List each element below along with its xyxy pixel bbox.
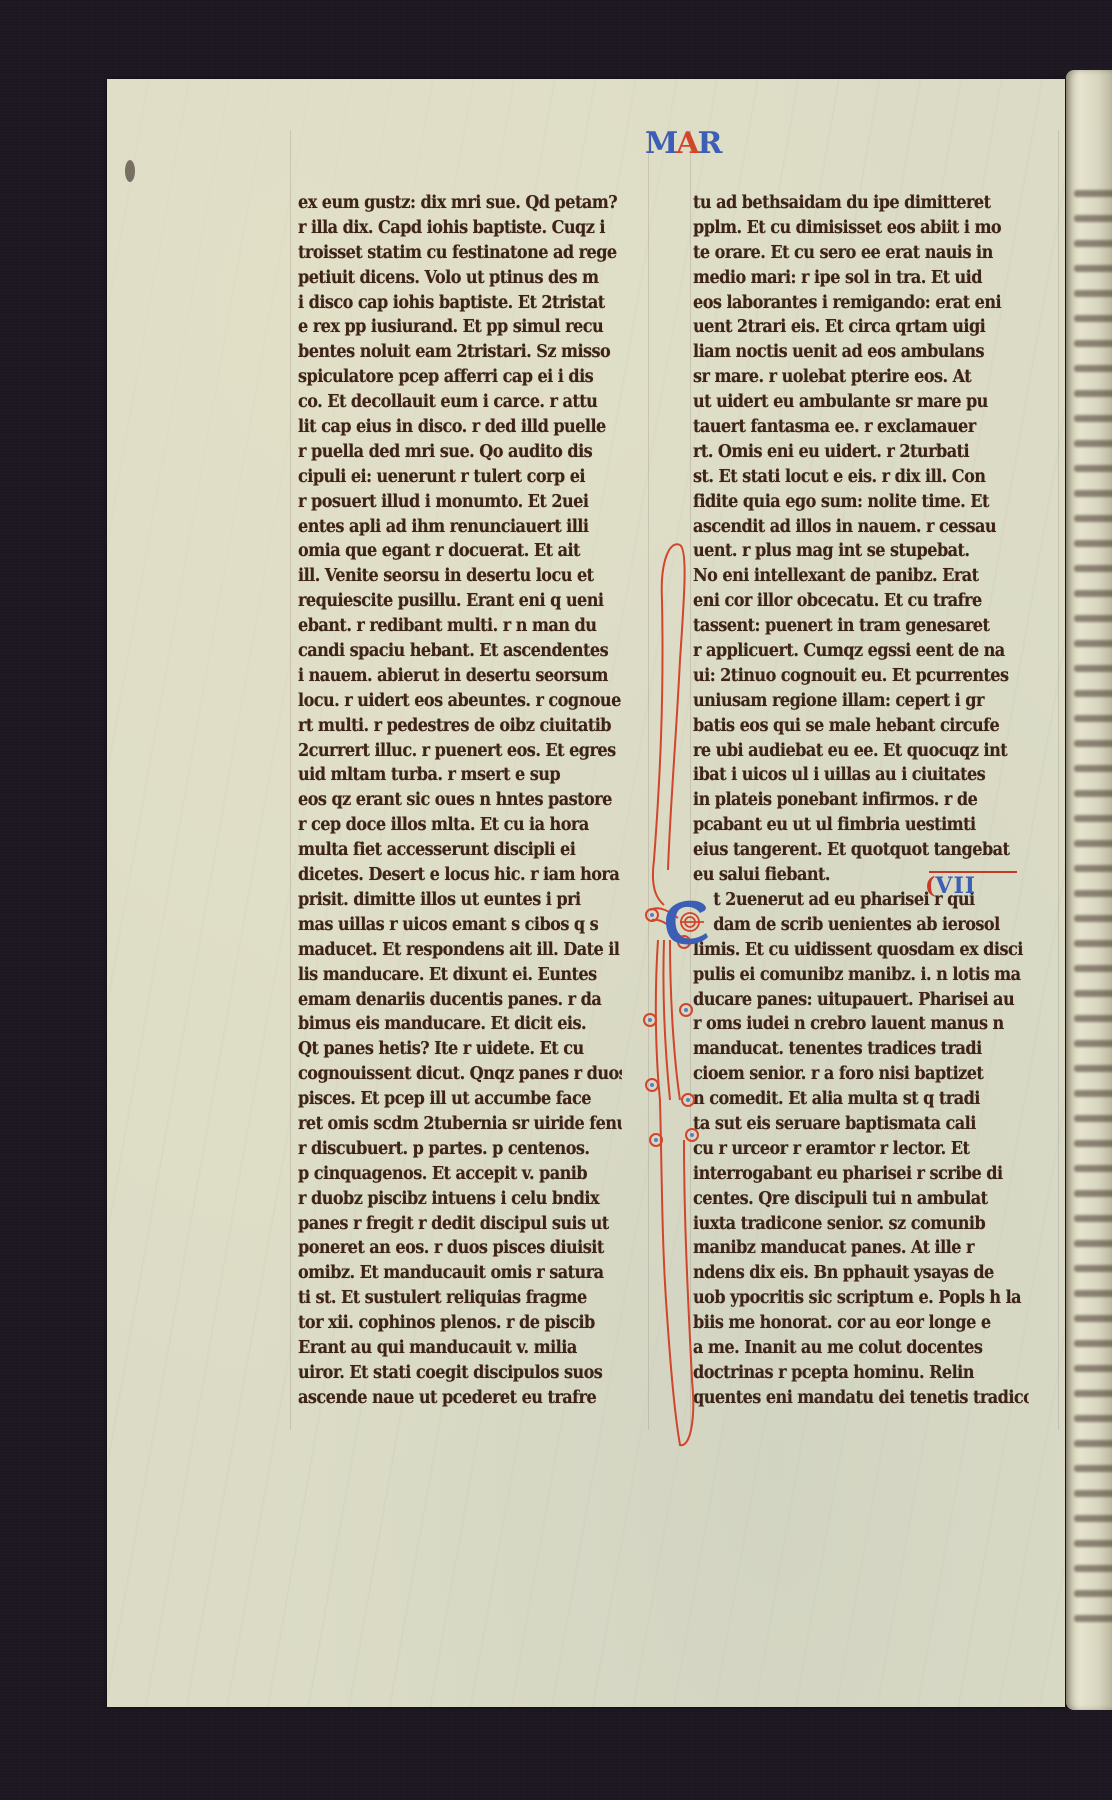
- manuscript-line: entes apli ad ihm renunciauert illi: [298, 515, 622, 540]
- manuscript-line: co. Et decollauit eum i carce. r attu: [298, 390, 622, 415]
- manuscript-line: emam denariis ducentis panes. r da: [298, 988, 622, 1013]
- adjacent-leaf-line: [1074, 665, 1112, 672]
- ruling-line: [1058, 130, 1059, 1430]
- adjacent-leaf-line: [1074, 315, 1112, 322]
- manuscript-line: cognouissent dicut. Qnqz panes r duos: [298, 1062, 622, 1087]
- adjacent-leaf-line: [1074, 1590, 1112, 1597]
- adjacent-leaf-line: [1074, 1515, 1112, 1522]
- adjacent-leaf-line: [1074, 1615, 1112, 1622]
- adjacent-leaf-line: [1074, 1165, 1112, 1172]
- manuscript-line: manibz manducat panes. At ille r: [693, 1236, 1029, 1261]
- adjacent-leaf-line: [1074, 1090, 1112, 1097]
- manuscript-line: t 2uenerut ad eu pharisei r qui: [693, 888, 1029, 913]
- manuscript-line: quentes eni mandatu dei tenetis tradicom: [693, 1386, 1029, 1411]
- manuscript-line: r oms iudei n crebro lauent manus n: [693, 1012, 1029, 1037]
- manuscript-line: pplm. Et cu dimisisset eos abiit i mo: [693, 216, 1029, 241]
- manuscript-line: ex eum gustz: dix mri sue. Qd petam?: [298, 191, 622, 216]
- manuscript-line: st. Et stati locut e eis. r dix ill. Con: [693, 465, 1029, 490]
- adjacent-leaf-line: [1074, 565, 1112, 572]
- manuscript-line: ta sut eis seruare baptismata cali: [693, 1112, 1029, 1137]
- manuscript-line: i nauem. abierut in desertu seorsum: [298, 664, 622, 689]
- manuscript-line: ascende naue ut pcederet eu trafre: [298, 1386, 622, 1411]
- manuscript-line: petiuit dicens. Volo ut ptinus des m: [298, 266, 622, 291]
- adjacent-leaf-line: [1074, 840, 1112, 847]
- manuscript-line: r discubuert. p partes. p centenos.: [298, 1137, 622, 1162]
- manuscript-line: 2currert illuc. r puenert eos. Et egres: [298, 739, 622, 764]
- manuscript-line: poneret an eos. r duos pisces diuisit: [298, 1236, 622, 1261]
- adjacent-leaf-line: [1074, 640, 1112, 647]
- adjacent-leaf-line: [1074, 290, 1112, 297]
- adjacent-leaf-line: [1074, 390, 1112, 397]
- manuscript-line: rt. Omis eni eu uidert. r 2turbati: [693, 440, 1029, 465]
- adjacent-leaf-line: [1074, 1465, 1112, 1472]
- manuscript-line: centes. Qre discipuli tui n ambulat: [693, 1187, 1029, 1212]
- manuscript-line: uid mltam turba. r msert e sup: [298, 763, 622, 788]
- manuscript-line: Erant au qui manducauit v. milia: [298, 1336, 622, 1361]
- manuscript-line: ebant. r redibant multi. r n man du: [298, 614, 622, 639]
- manuscript-line: bimus eis manducare. Et dicit eis.: [298, 1012, 622, 1037]
- manuscript-line: bentes noluit eam 2tristari. Sz misso: [298, 340, 622, 365]
- manuscript-line: ndens dix eis. Bn pphauit ysayas de: [693, 1261, 1029, 1286]
- parchment-stain: [125, 160, 135, 182]
- adjacent-leaf-line: [1074, 690, 1112, 697]
- adjacent-leaf-edge: [1066, 70, 1112, 1710]
- manuscript-line: ibat i uicos ul i uillas au i ciuitates: [693, 763, 1029, 788]
- adjacent-leaf-line: [1074, 890, 1112, 897]
- adjacent-leaf-line: [1074, 340, 1112, 347]
- manuscript-line: fidite quia ego sum: nolite time. Et: [693, 490, 1029, 515]
- manuscript-line: uent 2trari eis. Et circa qrtam uigi: [693, 315, 1029, 340]
- manuscript-line: p cinquagenos. Et accepit v. panib: [298, 1162, 622, 1187]
- adjacent-leaf-line: [1074, 240, 1112, 247]
- adjacent-leaf-line: [1074, 1390, 1112, 1397]
- manuscript-line: uob ypocritis sic scriptum e. Popls h la: [693, 1286, 1029, 1311]
- manuscript-line: ill. Venite seorsu in desertu locu et: [298, 564, 622, 589]
- manuscript-line: uniusam regione illam: cepert i gr: [693, 689, 1029, 714]
- adjacent-leaf-line: [1074, 465, 1112, 472]
- manuscript-line: troisset statim cu festinatone ad rege: [298, 241, 622, 266]
- manuscript-line: medio mari: r ipe sol in tra. Et uid: [693, 266, 1029, 291]
- manuscript-line: lit cap eius in disco. r ded illd puelle: [298, 415, 622, 440]
- adjacent-leaf-line: [1074, 1040, 1112, 1047]
- decorated-initial-e: [660, 895, 712, 947]
- manuscript-line: ascendit ad illos in nauem. r cessau: [693, 515, 1029, 540]
- adjacent-leaf-line: [1074, 965, 1112, 972]
- manuscript-line: prisit. dimitte illos ut euntes i pri: [298, 888, 622, 913]
- manuscript-line: te orare. Et cu sero ee erat nauis in: [693, 241, 1029, 266]
- manuscript-line: liam noctis uenit ad eos ambulans: [693, 340, 1029, 365]
- adjacent-leaf-line: [1074, 1365, 1112, 1372]
- adjacent-leaf-line: [1074, 1015, 1112, 1022]
- manuscript-line: ui: 2tinuo cognouit eu. Et pcurrentes: [693, 664, 1029, 689]
- manuscript-line: r duobz piscibz intuens i celu bndix: [298, 1187, 622, 1212]
- chapter-number: VII: [935, 873, 976, 899]
- adjacent-leaf-line: [1074, 415, 1112, 422]
- running-title-letter: R: [698, 126, 721, 161]
- manuscript-line: limis. Et cu uidissent quosdam ex disci: [693, 938, 1029, 963]
- manuscript-line: a me. Inanit au me colut docentes: [693, 1336, 1029, 1361]
- manuscript-line: tu ad bethsaidam du ipe dimitteret: [693, 191, 1029, 216]
- adjacent-leaf-line: [1074, 1115, 1112, 1122]
- adjacent-leaf-line: [1074, 540, 1112, 547]
- adjacent-leaf-line: [1074, 615, 1112, 622]
- manuscript-line: pcabant eu ut ul fimbria uestimti: [693, 813, 1029, 838]
- adjacent-leaf-line: [1074, 1240, 1112, 1247]
- adjacent-leaf-line: [1074, 1415, 1112, 1422]
- adjacent-leaf-line: [1074, 265, 1112, 272]
- adjacent-leaf-line: [1074, 865, 1112, 872]
- adjacent-leaf-line: [1074, 1340, 1112, 1347]
- manuscript-line: batis eos qui se male hebant circufe: [693, 714, 1029, 739]
- adjacent-leaf-line: [1074, 1290, 1112, 1297]
- manuscript-line: r applicuert. Cumqz egssi eent de na: [693, 639, 1029, 664]
- manuscript-line: eu salui fiebant.: [693, 863, 1029, 888]
- manuscript-line: uent. r plus mag int se stupebat.: [693, 539, 1029, 564]
- manuscript-line: interrogabant eu pharisei r scribe di: [693, 1162, 1029, 1187]
- manuscript-line: spiculatore pcep afferri cap ei i dis: [298, 365, 622, 390]
- manuscript-line: pisces. Et pcep ill ut accumbe face: [298, 1087, 622, 1112]
- adjacent-leaf-line: [1074, 740, 1112, 747]
- text-column-left: ex eum gustz: dix mri sue. Qd petam?r il…: [298, 191, 650, 1411]
- manuscript-line: cioem senior. r a foro nisi baptizet: [693, 1062, 1029, 1087]
- manuscript-line: locu. r uidert eos abeuntes. r cognoue: [298, 689, 622, 714]
- chapter-marker-bar: [929, 871, 1017, 873]
- adjacent-leaf-line: [1074, 715, 1112, 722]
- adjacent-leaf-line: [1074, 815, 1112, 822]
- manuscript-line: tor xii. cophinos plenos. r de piscib: [298, 1311, 622, 1336]
- manuscript-line: eni cor illor obcecatu. Et cu trafre: [693, 589, 1029, 614]
- manuscript-line: sr mare. r uolebat pterire eos. At: [693, 365, 1029, 390]
- adjacent-leaf-text: [1074, 190, 1112, 1640]
- manuscript-line: dam de scrib uenientes ab ierosol: [693, 913, 1029, 938]
- manuscript-line: No eni intellexant de panibz. Erat: [693, 564, 1029, 589]
- adjacent-leaf-line: [1074, 1215, 1112, 1222]
- manuscript-line: cipuli ei: uenerunt r tulert corp ei: [298, 465, 622, 490]
- adjacent-leaf-line: [1074, 915, 1112, 922]
- running-title-letter: M: [645, 126, 676, 161]
- chapter-marker-bracket: (: [925, 873, 935, 899]
- manuscript-line: eos qz erant sic oues n hntes pastore: [298, 788, 622, 813]
- adjacent-leaf-line: [1074, 515, 1112, 522]
- manuscript-line: candi spaciu hebant. Et ascendentes: [298, 639, 622, 664]
- ruling-line: [290, 130, 291, 1430]
- running-title: MAR: [645, 128, 720, 160]
- manuscript-line: iuxta tradicone senior. sz comunib: [693, 1212, 1029, 1237]
- manuscript-line: r puella ded mri sue. Qo audito dis: [298, 440, 622, 465]
- manuscript-line: doctrinas r pcepta hominu. Relin: [693, 1361, 1029, 1386]
- manuscript-line: re ubi audiebat eu ee. Et quocuqz int: [693, 739, 1029, 764]
- manuscript-line: manducat. tenentes tradices tradi: [693, 1037, 1029, 1062]
- manuscript-line: tassent: puenert in tram genesaret: [693, 614, 1029, 639]
- manuscript-line: n comedit. Et alia multa st q tradi: [693, 1087, 1029, 1112]
- adjacent-leaf-line: [1074, 1140, 1112, 1147]
- manuscript-line: r illa dix. Capd iohis baptiste. Cuqz i: [298, 216, 622, 241]
- adjacent-leaf-line: [1074, 1065, 1112, 1072]
- manuscript-line: requiescite pusillu. Erant eni q ueni: [298, 589, 622, 614]
- adjacent-leaf-line: [1074, 440, 1112, 447]
- manuscript-line: eius tangerent. Et quotquot tangebat: [693, 838, 1029, 863]
- manuscript-line: mas uillas r uicos emant s cibos q s: [298, 913, 622, 938]
- adjacent-leaf-line: [1074, 790, 1112, 797]
- adjacent-leaf-line: [1074, 1540, 1112, 1547]
- adjacent-leaf-line: [1074, 190, 1112, 197]
- adjacent-leaf-line: [1074, 1565, 1112, 1572]
- manuscript-line: e rex pp iusiurand. Et pp simul recu: [298, 315, 622, 340]
- adjacent-leaf-line: [1074, 765, 1112, 772]
- manuscript-line: ut uidert eu ambulante sr mare pu: [693, 390, 1029, 415]
- manuscript-line: dicetes. Desert e locus hic. r iam hora: [298, 863, 622, 888]
- adjacent-leaf-line: [1074, 1315, 1112, 1322]
- manuscript-line: omibz. Et manducauit omis r satura: [298, 1261, 622, 1286]
- adjacent-leaf-line: [1074, 1490, 1112, 1497]
- manuscript-line: eos laborantes i remigando: erat eni: [693, 291, 1029, 316]
- chapter-marker: (VII: [925, 873, 976, 899]
- adjacent-leaf-line: [1074, 490, 1112, 497]
- adjacent-leaf-line: [1074, 940, 1112, 947]
- manuscript-line: cu r urceor r eramtor r lector. Et: [693, 1137, 1029, 1162]
- manuscript-line: omia que egant r docuerat. Et ait: [298, 539, 622, 564]
- adjacent-leaf-line: [1074, 990, 1112, 997]
- manuscript-line: Qt panes hetis? Ite r uidete. Et cu: [298, 1037, 622, 1062]
- manuscript-line: panes r fregit r dedit discipul suis ut: [298, 1212, 622, 1237]
- running-title-letter: A: [676, 126, 697, 161]
- manuscript-line: rt multi. r pedestres de oibz ciuitatib: [298, 714, 622, 739]
- manuscript-line: pulis ei comunibz manibz. i. n lotis ma: [693, 963, 1029, 988]
- adjacent-leaf-line: [1074, 215, 1112, 222]
- manuscript-line: uiror. Et stati coegit discipulos suos: [298, 1361, 622, 1386]
- manuscript-line: ret omis scdm 2tubernia sr uiride fenu: [298, 1112, 622, 1137]
- manuscript-line: ducare panes: uitupauert. Pharisei au: [693, 988, 1029, 1013]
- manuscript-line: r cep doce illos mlta. Et cu ia hora: [298, 813, 622, 838]
- adjacent-leaf-line: [1074, 1190, 1112, 1197]
- manuscript-line: in plateis ponebant infirmos. r de: [693, 788, 1029, 813]
- manuscript-line: r posuert illud i monumto. Et 2uei: [298, 490, 622, 515]
- manuscript-line: lis manducare. Et dixunt ei. Euntes: [298, 963, 622, 988]
- adjacent-leaf-line: [1074, 365, 1112, 372]
- adjacent-leaf-line: [1074, 590, 1112, 597]
- pen-flourish-ornament: [640, 540, 710, 1450]
- adjacent-leaf-line: [1074, 1265, 1112, 1272]
- manuscript-line: multa fiet accesserunt discipli ei: [298, 838, 622, 863]
- manuscript-line: tauert fantasma ee. r exclamauer: [693, 415, 1029, 440]
- manuscript-line: maducet. Et respondens ait ill. Date il: [298, 938, 622, 963]
- text-column-right: tu ad bethsaidam du ipe dimitteretpplm. …: [693, 191, 1058, 1411]
- adjacent-leaf-line: [1074, 1440, 1112, 1447]
- manuscript-line: biis me honorat. cor au eor longe e: [693, 1311, 1029, 1336]
- manuscript-line: ti st. Et sustulert reliquias fragme: [298, 1286, 622, 1311]
- manuscript-line: i disco cap iohis baptiste. Et 2tristat: [298, 291, 622, 316]
